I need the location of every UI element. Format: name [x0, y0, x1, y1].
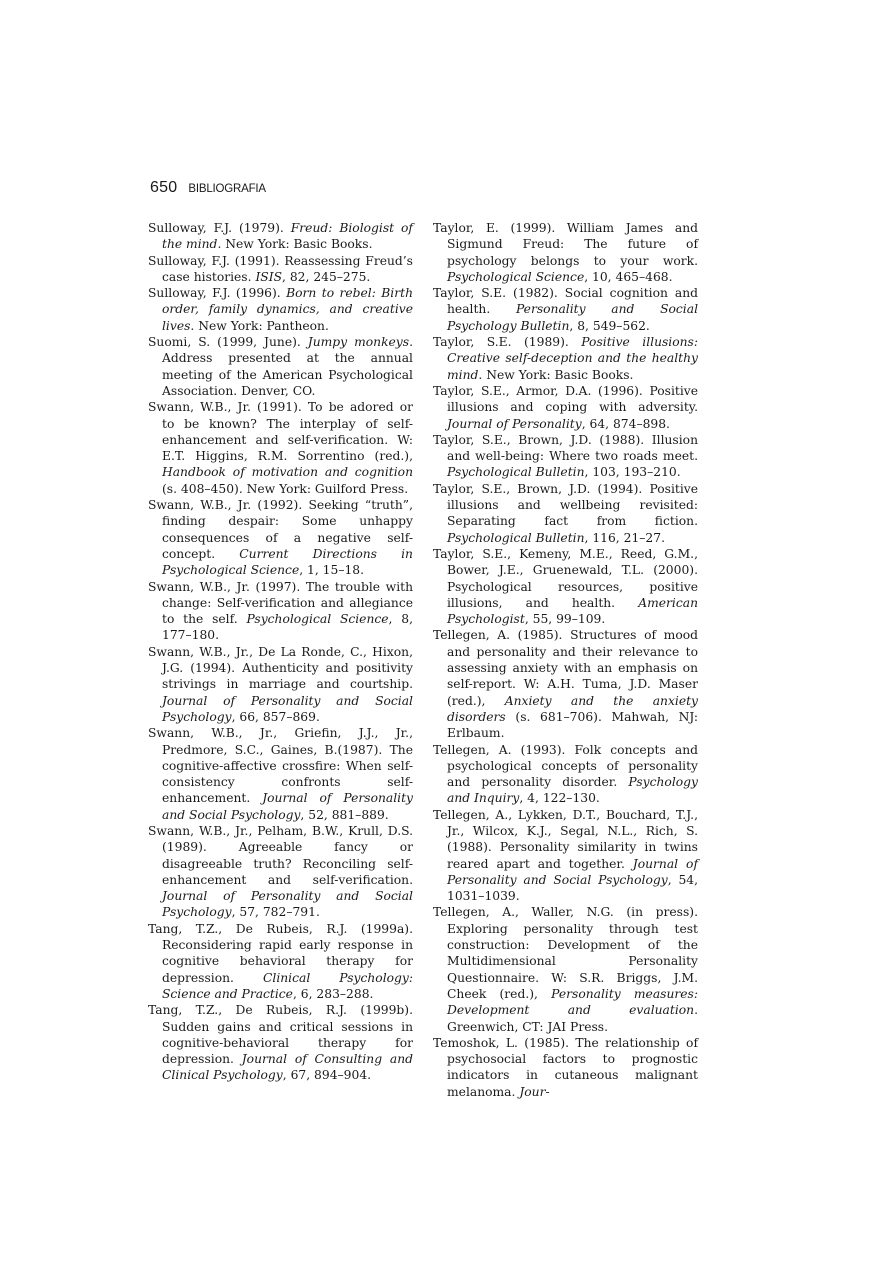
reference-entry: Tellegen, A. (1993). Folk concepts and p…: [433, 742, 698, 807]
reference-entry: Sulloway, F.J. (1996). Born to rebel: Bi…: [148, 285, 413, 334]
reference-entry: Temoshok, L. (1985). The relationship of…: [433, 1035, 698, 1100]
reference-entry: Tellegen, A., Lykken, D.T., Bouchard, T.…: [433, 807, 698, 905]
bibliography-left-column: Sulloway, F.J. (1979). Freud: Biologist …: [148, 220, 413, 1084]
reference-entry: Taylor, S.E., Brown, J.D. (1988). Illusi…: [433, 432, 698, 481]
reference-entry: Swann, W.B., Jr. (1997). The trouble wit…: [148, 579, 413, 644]
reference-entry: Sulloway, F.J. (1991). Reassessing Freud…: [148, 253, 413, 286]
reference-entry: Taylor, E. (1999). William James and Sig…: [433, 220, 698, 285]
reference-entry: Sulloway, F.J. (1979). Freud: Biologist …: [148, 220, 413, 253]
page-number: 650: [150, 179, 177, 196]
reference-entry: Swann, W.B., Jr., Griefin, J.J., Jr., Pr…: [148, 725, 413, 823]
bibliography-right-column: Taylor, E. (1999). William James and Sig…: [433, 220, 698, 1100]
reference-entry: Tellegen, A., Waller, N.G. (in press). E…: [433, 904, 698, 1034]
reference-entry: Taylor, S.E. (1989). Positive illusions:…: [433, 334, 698, 383]
reference-entry: Suomi, S. (1999, June). Jumpy monkeys. A…: [148, 334, 413, 399]
reference-entry: Swann, W.B., Jr., De La Ronde, C., Hixon…: [148, 644, 413, 725]
reference-entry: Taylor, S.E., Armor, D.A. (1996). Positi…: [433, 383, 698, 432]
reference-entry: Tang, T.Z., De Rubeis, R.J. (1999b). Sud…: [148, 1002, 413, 1083]
reference-entry: Taylor, S.E., Brown, J.D. (1994). Positi…: [433, 481, 698, 546]
reference-entry: Swann, W.B., Jr. (1992). Seeking “truth”…: [148, 497, 413, 578]
reference-entry: Taylor, S.E. (1982). Social cognition an…: [433, 285, 698, 334]
reference-entry: Tang, T.Z., De Rubeis, R.J. (1999a). Rec…: [148, 921, 413, 1002]
reference-entry: Swann, W.B., Jr. (1991). To be adored or…: [148, 399, 413, 497]
reference-entry: Tellegen, A. (1985). Structures of mood …: [433, 627, 698, 741]
running-head: BIBLIOGRAFIA: [188, 183, 265, 195]
page-header: 650 BIBLIOGRAFIA: [150, 177, 266, 197]
reference-entry: Taylor, S.E., Kemeny, M.E., Reed, G.M., …: [433, 546, 698, 627]
reference-entry: Swann, W.B., Jr., Pelham, B.W., Krull, D…: [148, 823, 413, 921]
